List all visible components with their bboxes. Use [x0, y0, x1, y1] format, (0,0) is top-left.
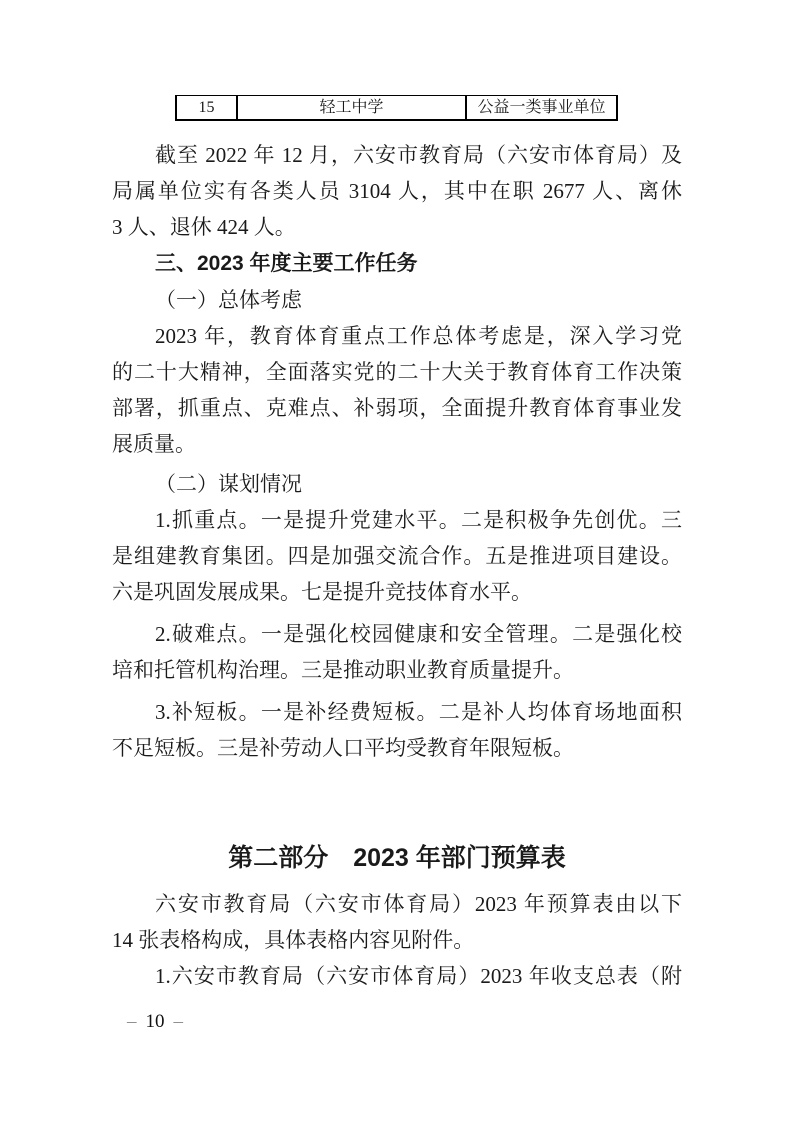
table-cell-unit-name: 轻工中学 — [236, 96, 465, 119]
para-line: 2.破难点。一是强化校园健康和安全管理。二是强化校 — [112, 616, 682, 652]
para-line: 截至 2022 年 12 月，六安市教育局（六安市体育局）及 — [112, 137, 682, 173]
part2-heading: 第二部分 2023 年部门预算表 — [112, 838, 682, 878]
para-line: 是组建教育集团。四是加强交流合作。五是推进项目建设。 — [112, 538, 682, 574]
unit-table-row: 15 轻工中学 公益一类事业单位 — [175, 95, 618, 121]
table-cell-index: 15 — [177, 96, 236, 119]
table-cell-unit-category: 公益一类事业单位 — [465, 96, 616, 119]
part2-heading-block: 第二部分 2023 年部门预算表 — [112, 838, 682, 878]
para-line: 不足短板。三是补劳动人口平均受教育年限短板。 — [112, 730, 682, 766]
subsection-heading: （一）总体考虑 — [112, 282, 682, 318]
section-heading: 三、2023 年度主要工作任务 — [112, 246, 682, 282]
paragraph-difficulties: 2.破难点。一是强化校园健康和安全管理。二是强化校 培和托管机构治理。三是推动职… — [112, 616, 682, 688]
para-line: 部署，抓重点、克难点、补弱项，全面提升教育体育事业发 — [112, 390, 682, 426]
document-page: 15 轻工中学 公益一类事业单位 截至 2022 年 12 月，六安市教育局（六… — [0, 0, 793, 1122]
paragraph-overall: 2023 年，教育体育重点工作总体考虑是，深入学习党 的二十大精神，全面落实党的… — [112, 318, 682, 462]
sub2-heading-block: （二）谋划情况 — [112, 466, 682, 502]
page-number-dash-right: – — [165, 1011, 193, 1032]
para-line: 1.六安市教育局（六安市体育局）2023 年收支总表（附 — [112, 958, 682, 994]
paragraph-budget-item1: 1.六安市教育局（六安市体育局）2023 年收支总表（附 — [112, 958, 682, 994]
page-number-dash-left: – — [118, 1011, 146, 1032]
page-number-value: 10 — [146, 1011, 165, 1032]
page-number: –10– — [118, 1010, 192, 1034]
para-line: 14 张表格构成，具体表格内容见附件。 — [112, 922, 682, 958]
paragraph-staffing: 截至 2022 年 12 月，六安市教育局（六安市体育局）及 局属单位实有各类人… — [112, 137, 682, 245]
para-line: 1.抓重点。一是提升党建水平。二是积极争先创优。三 — [112, 502, 682, 538]
para-line: 培和托管机构治理。三是推动职业教育质量提升。 — [112, 652, 682, 688]
para-line: 六是巩固发展成果。七是提升竞技体育水平。 — [112, 574, 682, 610]
subsection-heading: （二）谋划情况 — [112, 466, 682, 502]
sub1-heading-block: （一）总体考虑 — [112, 282, 682, 318]
para-line: 六安市教育局（六安市体育局）2023 年预算表由以下 — [112, 886, 682, 922]
paragraph-key-points: 1.抓重点。一是提升党建水平。二是积极争先创优。三 是组建教育集团。四是加强交流… — [112, 502, 682, 610]
para-line: 局属单位实有各类人员 3104 人，其中在职 2677 人、离休 — [112, 173, 682, 209]
para-line: 展质量。 — [112, 426, 682, 462]
paragraph-budget-intro: 六安市教育局（六安市体育局）2023 年预算表由以下 14 张表格构成，具体表格… — [112, 886, 682, 958]
para-line: 3.补短板。一是补经费短板。二是补人均体育场地面积 — [112, 694, 682, 730]
paragraph-shortboards: 3.补短板。一是补经费短板。二是补人均体育场地面积 不足短板。三是补劳动人口平均… — [112, 694, 682, 766]
para-line: 2023 年，教育体育重点工作总体考虑是，深入学习党 — [112, 318, 682, 354]
para-line: 3 人、退休 424 人。 — [112, 209, 682, 245]
section3-heading-block: 三、2023 年度主要工作任务 — [112, 246, 682, 282]
para-line: 的二十大精神，全面落实党的二十大关于教育体育工作决策 — [112, 354, 682, 390]
